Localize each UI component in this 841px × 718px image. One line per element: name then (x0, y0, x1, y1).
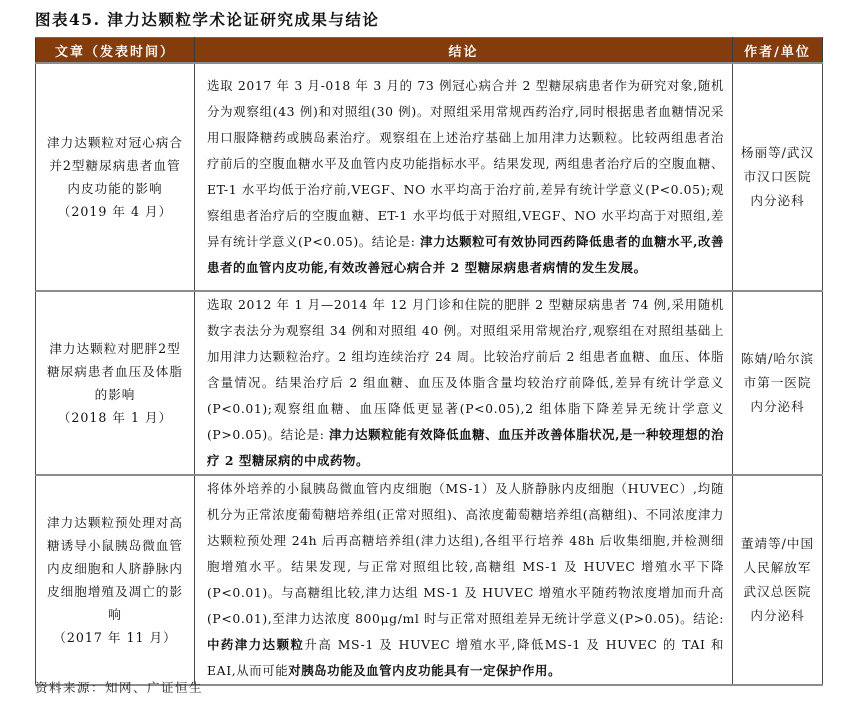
conclusion-text: 选取 2012 年 1 月—2014 年 12 月门诊和住院的肥胖 2 型糖尿病… (207, 297, 724, 442)
conclusion-text: 将体外培养的小鼠胰岛微血管内皮细胞（MS-1）及人脐静脉内皮细胞（HUVEC）,… (207, 481, 724, 626)
conclusion-text: 选取 2017 年 3 月-018 年 3 月的 73 例冠心病合并 2 型糖尿… (207, 78, 724, 249)
table-header-row: 文章（发表时间） 结论 作者/单位 (36, 38, 823, 64)
research-table: 文章（发表时间） 结论 作者/单位 津力达颗粒对冠心病合并2型糖尿病患者血管内皮… (35, 37, 823, 686)
article-date: （2017 年 11 月） (53, 630, 176, 645)
table-row: 津力达颗粒对冠心病合并2型糖尿病患者血管内皮功能的影响 （2019 年 4 月）… (36, 63, 823, 291)
conclusion-cell: 将体外培养的小鼠胰岛微血管内皮细胞（MS-1）及人脐静脉内皮细胞（HUVEC）,… (195, 475, 733, 685)
source-note: 资料来源：知网、广证恒生 (35, 678, 203, 696)
conclusion-highlight-2: 对胰岛功能及血管内皮功能具有一定保护作用。 (288, 663, 561, 678)
article-cell: 津力达颗粒对肥胖2型糖尿病患者血压及体脂的影响 （2018 年 1 月） (36, 291, 195, 475)
author-name: 董靖等/ (741, 536, 787, 551)
header-conclusion: 结论 (195, 38, 733, 64)
conclusion-highlight: 中药津力达颗粒 (207, 637, 304, 652)
conclusion-cell: 选取 2012 年 1 月—2014 年 12 月门诊和住院的肥胖 2 型糖尿病… (195, 291, 733, 475)
article-cell: 津力达颗粒对冠心病合并2型糖尿病患者血管内皮功能的影响 （2019 年 4 月） (36, 63, 195, 291)
author-cell: 杨丽等/武汉市汉口医院内分泌科 (733, 63, 823, 291)
header-article: 文章（发表时间） (36, 38, 195, 64)
author-cell: 陈婧/哈尔滨市第一医院内分泌科 (733, 291, 823, 475)
author-name: 杨丽等/ (741, 145, 787, 160)
author-name: 陈婧/ (741, 351, 773, 366)
article-title: 津力达颗粒对冠心病合并2型糖尿病患者血管内皮功能的影响 (47, 135, 183, 196)
article-cell: 津力达颗粒预处理对高糖诱导小鼠胰岛微血管内皮细胞和人脐静脉内皮细胞增殖及凋亡的影… (36, 475, 195, 685)
article-date: （2018 年 1 月） (58, 410, 172, 425)
table-row: 津力达颗粒预处理对高糖诱导小鼠胰岛微血管内皮细胞和人脐静脉内皮细胞增殖及凋亡的影… (36, 475, 823, 685)
figure-title: 图表45. 津力达颗粒学术论证研究成果与结论 (35, 8, 379, 30)
article-date: （2019 年 4 月） (58, 204, 172, 219)
article-title: 津力达颗粒对肥胖2型糖尿病患者血压及体脂的影响 (47, 341, 183, 402)
author-cell: 董靖等/中国人民解放军武汉总医院内分泌科 (733, 475, 823, 685)
table-row: 津力达颗粒对肥胖2型糖尿病患者血压及体脂的影响 （2018 年 1 月） 选取 … (36, 291, 823, 475)
header-author: 作者/单位 (733, 38, 823, 64)
conclusion-cell: 选取 2017 年 3 月-018 年 3 月的 73 例冠心病合并 2 型糖尿… (195, 63, 733, 291)
article-title: 津力达颗粒预处理对高糖诱导小鼠胰岛微血管内皮细胞和人脐静脉内皮细胞增殖及凋亡的影… (47, 515, 183, 622)
